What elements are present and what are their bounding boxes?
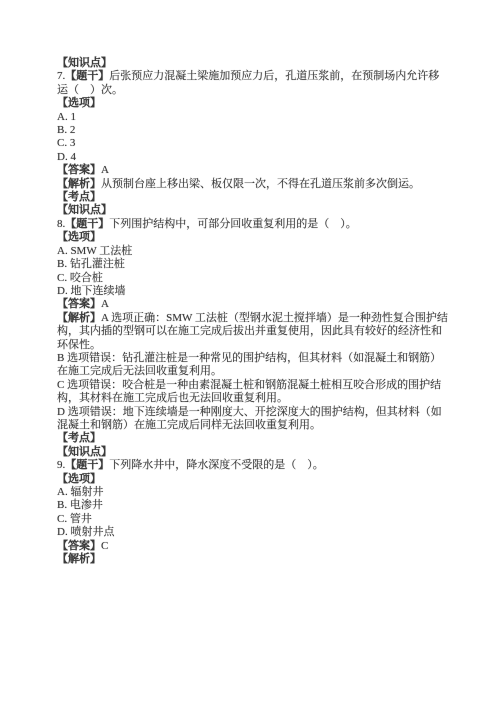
knowledge-point-label: 【知识点】 xyxy=(57,57,448,70)
analysis-paragraph-b: B 选项错误：钻孔灌注桩是一种常见的围护结构，但其材料（如混凝土和钢筋）在施工完… xyxy=(57,352,448,379)
answer-label: 【答案】 xyxy=(57,298,101,310)
analysis-line: 【解析】从预制台座上移出梁、板仅限一次，不得在孔道压浆前多次倒运。 xyxy=(57,178,448,191)
option-b: B. 电渗井 xyxy=(57,499,448,512)
knowledge-point-label: 【知识点】 xyxy=(57,204,448,217)
question-number: 7. xyxy=(57,70,65,82)
knowledge-point-label-text: 【知识点】 xyxy=(57,204,112,216)
question-8: 8.【题干】下列围护结构中，可部分回收重复利用的是（ ）。 【选项】 A. SM… xyxy=(57,218,448,459)
exam-point-label-text: 【考点】 xyxy=(57,432,101,444)
option-a: A. 1 xyxy=(57,111,448,124)
answer-value: C xyxy=(101,540,108,552)
option-d: D. 地下连续墙 xyxy=(57,285,448,298)
options-label: 【选项】 xyxy=(57,231,448,244)
analysis-label: 【解析】 xyxy=(57,312,101,324)
analysis-line: 【解析】 xyxy=(57,553,448,566)
analysis-paragraph-d: D 选项错误：地下连续墙是一种刚度大、开挖深度大的围护结构，但其材料（如混凝土和… xyxy=(57,406,448,433)
question-stem: 8.【题干】下列围护结构中，可部分回收重复利用的是（ ）。 xyxy=(57,218,448,231)
analysis-paragraph-c: C 选项错误：咬合桩是一种由素混凝土桩和钢筋混凝土桩相互咬合形成的围护结构，其材… xyxy=(57,379,448,406)
option-b: B. 钻孔灌注桩 xyxy=(57,258,448,271)
analysis-label: 【解析】 xyxy=(57,178,101,190)
stem-label: 【题干】 xyxy=(65,459,109,471)
analysis-line: 【解析】A 选项正确：SMW 工法桩（型钢水泥土搅拌墙）是一种劲性复合围护结构，… xyxy=(57,312,448,352)
knowledge-point-label-text: 【知识点】 xyxy=(57,57,112,69)
analysis-text: 从预制台座上移出梁、板仅限一次，不得在孔道压浆前多次倒运。 xyxy=(101,178,420,190)
analysis-text: A 选项正确：SMW 工法桩（型钢水泥土搅拌墙）是一种劲性复合围护结构，其内插的… xyxy=(57,312,448,351)
options-label-text: 【选项】 xyxy=(57,473,101,485)
answer-label: 【答案】 xyxy=(57,164,101,176)
knowledge-point-label-text: 【知识点】 xyxy=(57,446,112,458)
option-b: B. 2 xyxy=(57,124,448,137)
options-label: 【选项】 xyxy=(57,97,448,110)
stem-label: 【题干】 xyxy=(65,218,109,230)
exam-point-label: 【考点】 xyxy=(57,432,448,445)
answer-line: 【答案】A xyxy=(57,298,448,311)
exam-point-label: 【考点】 xyxy=(57,191,448,204)
question-stem: 9.【题干】下列降水井中，降水深度不受限的是（ ）。 xyxy=(57,459,448,472)
question-number: 8. xyxy=(57,218,65,230)
answer-line: 【答案】C xyxy=(57,540,448,553)
knowledge-point-label: 【知识点】 xyxy=(57,446,448,459)
option-c: C. 3 xyxy=(57,137,448,150)
option-d: D. 喷射井点 xyxy=(57,526,448,539)
options-label-text: 【选项】 xyxy=(57,231,101,243)
answer-value: A xyxy=(101,164,109,176)
question-number: 9. xyxy=(57,459,65,471)
exam-point-label-text: 【考点】 xyxy=(57,191,101,203)
stem-text: 后张预应力混凝土梁施加预应力后，孔道压浆前，在预制场内允许移运（ ）次。 xyxy=(57,70,439,95)
analysis-label: 【解析】 xyxy=(57,553,101,565)
option-a: A. 辐射井 xyxy=(57,486,448,499)
question-9: 9.【题干】下列降水井中，降水深度不受限的是（ ）。 【选项】 A. 辐射井 B… xyxy=(57,459,448,566)
answer-value: A xyxy=(101,298,109,310)
option-a: A. SMW 工法桩 xyxy=(57,245,448,258)
options-label-text: 【选项】 xyxy=(57,97,101,109)
option-d: D. 4 xyxy=(57,151,448,164)
question-stem: 7.【题干】后张预应力混凝土梁施加预应力后，孔道压浆前，在预制场内允许移运（ ）… xyxy=(57,70,448,97)
answer-line: 【答案】A xyxy=(57,164,448,177)
option-c: C. 管井 xyxy=(57,513,448,526)
question-7: 7.【题干】后张预应力混凝土梁施加预应力后，孔道压浆前，在预制场内允许移运（ ）… xyxy=(57,70,448,217)
answer-label: 【答案】 xyxy=(57,540,101,552)
options-label: 【选项】 xyxy=(57,473,448,486)
stem-text: 下列降水井中，降水深度不受限的是（ ）。 xyxy=(109,459,324,471)
document-page: 【知识点】 7.【题干】后张预应力混凝土梁施加预应力后，孔道压浆前，在预制场内允… xyxy=(57,57,448,566)
stem-label: 【题干】 xyxy=(65,70,109,82)
option-c: C. 咬合桩 xyxy=(57,272,448,285)
stem-text: 下列围护结构中，可部分回收重复利用的是（ ）。 xyxy=(109,218,357,230)
